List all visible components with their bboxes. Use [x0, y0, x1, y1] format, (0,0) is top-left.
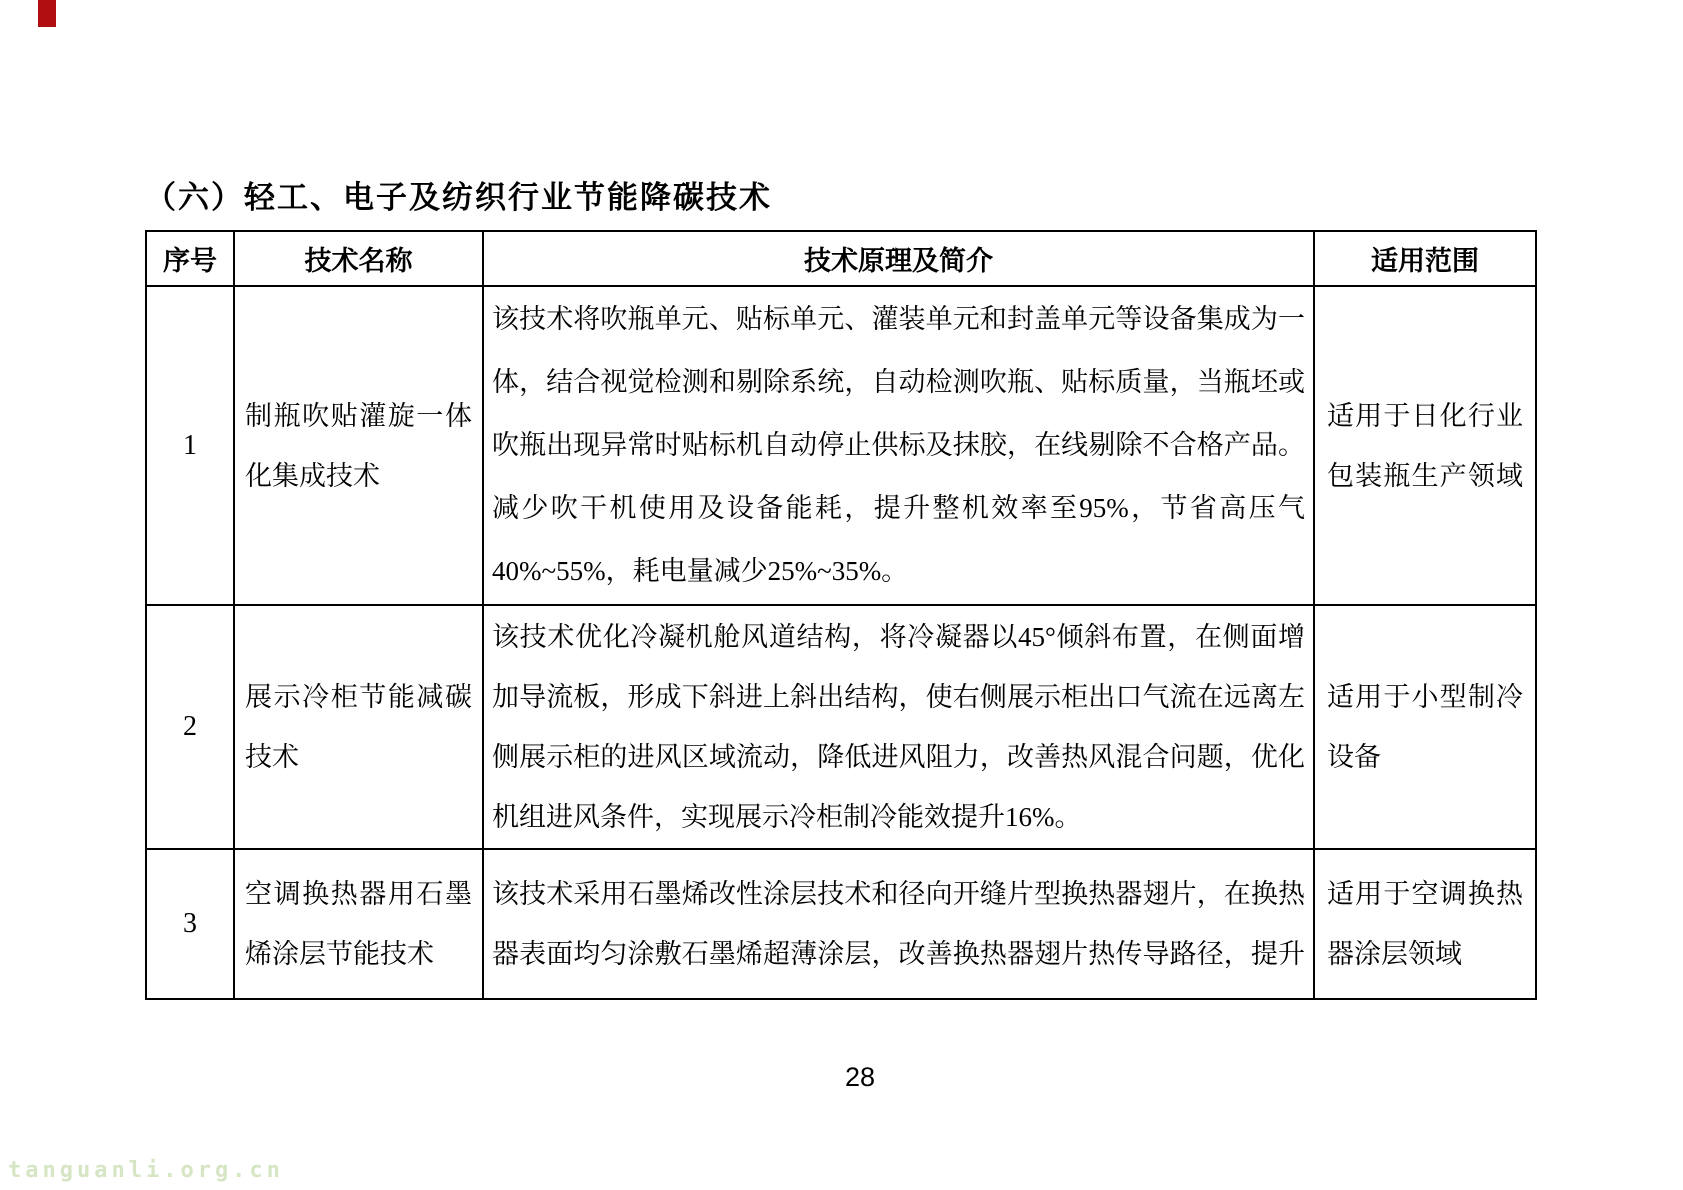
scope-line: 适用于空调换热	[1327, 864, 1523, 924]
cell-scope: 适用于空调换热 器涂层领域	[1314, 849, 1536, 999]
document-page: （六）轻工、电子及纺织行业节能降碳技术 序号 技术名称 技术原理及简介 适用范围…	[0, 0, 1683, 1190]
table-row: 1 制瓶吹贴灌旋一体 化集成技术 该技术将吹瓶单元、贴标单元、灌装单元和封盖单元…	[146, 286, 1536, 605]
description-line: 40%~55%，耗电量减少25%~35%。	[492, 540, 1305, 603]
description-line: 侧展示柜的进风区域流动，降低进风阻力，改善热风混合问题，优化	[492, 727, 1305, 787]
cell-index: 1	[146, 286, 234, 605]
description-line: 机组进风条件，实现展示冷柜制冷能效提升16%。	[492, 787, 1305, 847]
description-line: 吹瓶出现异常时贴标机自动停止供标及抹胶，在线剔除不合格产品。	[492, 414, 1305, 477]
scope-line: 包装瓶生产领域	[1327, 446, 1523, 506]
cell-tech-name: 空调换热器用石墨 烯涂层节能技术	[234, 849, 483, 999]
cell-index: 2	[146, 605, 234, 849]
scope-line: 适用于小型制冷	[1327, 667, 1523, 727]
description-line: 减少吹干机使用及设备能耗，提升整机效率至95%，节省高压气	[492, 477, 1305, 540]
tech-name-line: 化集成技术	[245, 446, 472, 506]
table-header-row: 序号 技术名称 技术原理及简介 适用范围	[146, 231, 1536, 286]
column-header-scope: 适用范围	[1314, 231, 1536, 286]
section-title: （六）轻工、电子及纺织行业节能降碳技术	[145, 172, 772, 217]
description-line: 该技术采用石墨烯改性涂层技术和径向开缝片型换热器翅片，在换热	[492, 864, 1305, 924]
scope-line: 适用于日化行业	[1327, 386, 1523, 446]
table-row: 2 展示冷柜节能减碳 技术 该技术优化冷凝机舱风道结构，将冷凝器以45°倾斜布置…	[146, 605, 1536, 849]
cell-description: 该技术采用石墨烯改性涂层技术和径向开缝片型换热器翅片，在换热 器表面均匀涂敷石墨…	[483, 849, 1314, 999]
tech-name-line: 烯涂层节能技术	[245, 924, 472, 984]
description-line: 该技术优化冷凝机舱风道结构，将冷凝器以45°倾斜布置，在侧面增	[492, 607, 1305, 667]
cell-index: 3	[146, 849, 234, 999]
tech-name-line: 技术	[245, 727, 472, 787]
tech-name-line: 空调换热器用石墨	[245, 864, 472, 924]
scope-line: 器涂层领域	[1327, 924, 1523, 984]
table-row: 3 空调换热器用石墨 烯涂层节能技术 该技术采用石墨烯改性涂层技术和径向开缝片型…	[146, 849, 1536, 999]
cell-scope: 适用于日化行业 包装瓶生产领域	[1314, 286, 1536, 605]
column-header-tech-name: 技术名称	[234, 231, 483, 286]
description-line: 器表面均匀涂敷石墨烯超薄涂层，改善换热器翅片热传导路径，提升	[492, 924, 1305, 984]
column-header-index: 序号	[146, 231, 234, 286]
cell-tech-name: 制瓶吹贴灌旋一体 化集成技术	[234, 286, 483, 605]
tech-name-line: 制瓶吹贴灌旋一体	[245, 386, 472, 446]
technology-table: 序号 技术名称 技术原理及简介 适用范围 1 制瓶吹贴灌旋一体 化集成技术 该技…	[145, 230, 1537, 1000]
description-line: 该技术将吹瓶单元、贴标单元、灌装单元和封盖单元等设备集成为一	[492, 288, 1305, 351]
red-corner-mark	[38, 0, 56, 27]
description-line: 体，结合视觉检测和剔除系统，自动检测吹瓶、贴标质量，当瓶坯或	[492, 351, 1305, 414]
cell-description: 该技术优化冷凝机舱风道结构，将冷凝器以45°倾斜布置，在侧面增 加导流板，形成下…	[483, 605, 1314, 849]
page-number: 28	[0, 1062, 1683, 1093]
cell-scope: 适用于小型制冷 设备	[1314, 605, 1536, 849]
cell-tech-name: 展示冷柜节能减碳 技术	[234, 605, 483, 849]
cell-description: 该技术将吹瓶单元、贴标单元、灌装单元和封盖单元等设备集成为一 体，结合视觉检测和…	[483, 286, 1314, 605]
description-line: 加导流板，形成下斜进上斜出结构，使右侧展示柜出口气流在远离左	[492, 667, 1305, 727]
watermark: tanguanli.org.cn	[8, 1158, 284, 1183]
column-header-description: 技术原理及简介	[483, 231, 1314, 286]
scope-line: 设备	[1327, 727, 1523, 787]
tech-name-line: 展示冷柜节能减碳	[245, 667, 472, 727]
